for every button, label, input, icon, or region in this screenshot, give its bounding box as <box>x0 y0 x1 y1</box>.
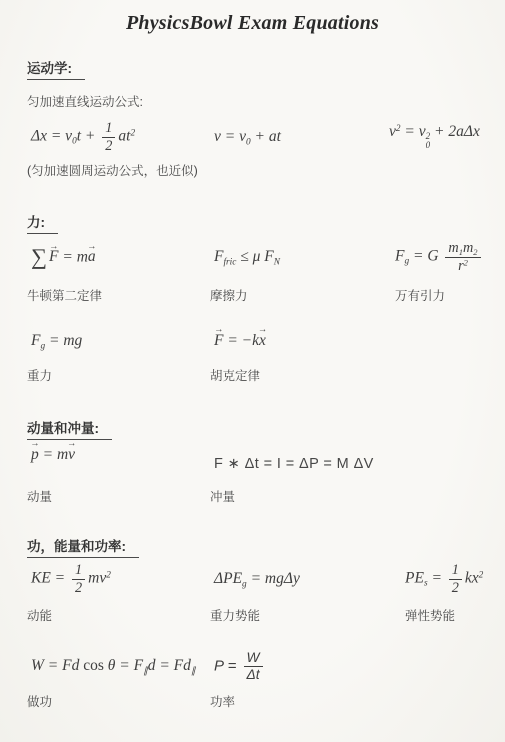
formula-momentum: p = mv <box>27 446 210 464</box>
section-heading-kinematics: 运动学: <box>27 57 85 80</box>
kinematics-intro: 匀加速直线运动公式: <box>27 92 143 110</box>
formula-velocity-squared: v2 = v20 + 2aΔx <box>385 123 497 151</box>
label-kinetic-energy: 动能 <box>27 606 210 624</box>
label-hookes-law: 胡克定律 <box>210 366 385 384</box>
energy-equation-row-2: W = Fd cos θ = F∥d = Fd∥ P = WΔt <box>27 644 497 688</box>
formula-power: P = WΔt <box>210 650 385 683</box>
formula-gravitational-potential-energy: ΔPEg = mgΔy <box>210 570 385 588</box>
label-gravitational-potential-energy: 重力势能 <box>210 606 385 624</box>
label-weight: 重力 <box>27 366 210 384</box>
label-friction: 摩擦力 <box>210 286 385 304</box>
label-newtons-second-law: 牛顿第二定律 <box>27 286 210 304</box>
energy-label-row-2: 做功 功率 <box>27 692 497 710</box>
label-elastic-potential-energy: 弹性势能 <box>385 606 497 624</box>
page-title: PhysicsBowl Exam Equations <box>0 12 505 35</box>
formula-displacement: Δx = v0t + 12at2 <box>27 120 210 154</box>
label-momentum: 动量 <box>27 487 210 505</box>
formula-friction: Ffric ≤ μ FN <box>210 248 385 266</box>
force-equation-row-1: ∑F = ma Ffric ≤ μ FN Fg = G m1m2r2 <box>27 233 497 281</box>
formula-work: W = Fd cos θ = F∥d = Fd∥ <box>27 657 210 675</box>
force-label-row-1: 牛顿第二定律 摩擦力 万有引力 <box>27 286 497 304</box>
energy-equation-row-1: KE = 12mv2 ΔPEg = mgΔy PEs = 12kx2 <box>27 557 497 601</box>
formula-kinetic-energy: KE = 12mv2 <box>27 562 210 596</box>
formula-velocity: v = v0 + at <box>210 128 385 146</box>
kinematics-equation-row: Δx = v0t + 12at2 v = v0 + at v2 = v20 + … <box>27 114 497 160</box>
force-equation-row-2: Fg = mg F = −kx <box>27 322 497 360</box>
momentum-label-row: 动量 冲量 <box>27 487 497 505</box>
section-heading-energy: 功，能量和功率: <box>27 535 139 558</box>
kinematics-note: (匀加速圆周运动公式，也近似) <box>27 161 198 179</box>
energy-label-row-1: 动能 重力势能 弹性势能 <box>27 606 497 624</box>
label-work: 做功 <box>27 692 210 710</box>
formula-weight: Fg = mg <box>27 332 210 350</box>
formula-elastic-potential-energy: PEs = 12kx2 <box>385 562 497 596</box>
document-page: PhysicsBowl Exam Equations 运动学: 匀加速直线运动公… <box>0 0 505 742</box>
formula-universal-gravitation: Fg = G m1m2r2 <box>385 240 497 274</box>
formula-impulse: F ∗ Δt = I = ΔP = M ΔV <box>210 456 497 472</box>
formula-newtons-second-law: ∑F = ma <box>27 244 210 270</box>
formula-hookes-law: F = −kx <box>210 332 385 350</box>
label-universal-gravitation: 万有引力 <box>385 286 497 304</box>
section-heading-force: 力: <box>27 211 58 234</box>
momentum-equation-row: p = mv F ∗ Δt = I = ΔP = M ΔV <box>27 436 497 474</box>
force-label-row-2: 重力 胡克定律 <box>27 366 497 384</box>
label-power: 功率 <box>210 692 385 710</box>
label-impulse: 冲量 <box>210 487 385 505</box>
